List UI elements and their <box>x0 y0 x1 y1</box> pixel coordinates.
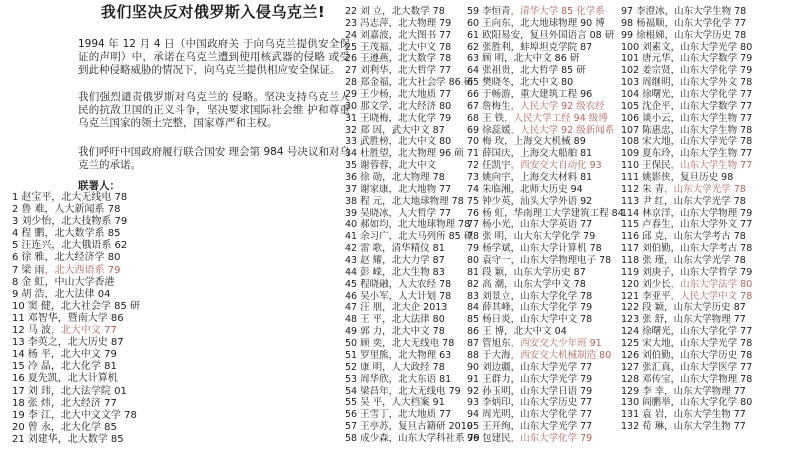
signer-name: 赵宝平 <box>21 192 51 203</box>
signer-affiliation: ，山东大学化学 77 <box>511 409 593 420</box>
signer-affiliation: ，北大中文 86 研 <box>504 53 579 64</box>
signer-entry: 39吴晓冰，人大哲学 77 <box>345 208 480 220</box>
signer-affiliation: ，北大地物 77 <box>389 184 452 195</box>
signer-affiliation: ，北大哲学 85 研 <box>511 65 586 76</box>
signer-number: 125 <box>621 338 639 349</box>
signer-affiliation: ，北大地球物理 90 博 <box>511 18 605 29</box>
signer-name: 徐蕊媛 <box>482 125 511 136</box>
signer-name: 夏东玲 <box>642 148 671 159</box>
signer-entry: 109夏东玲，山东大学生物 77 <box>621 148 752 160</box>
signer-number: 88 <box>467 350 479 361</box>
signer-entry: 28郑金福，北大社会学 86 研 <box>345 77 480 89</box>
signer-number: 17 <box>12 386 25 397</box>
signer-entry: 64张祖贵，北大哲学 85 研 <box>467 65 624 77</box>
signer-number: 129 <box>621 386 639 397</box>
signer-affiliation: ，北大法学院 01 <box>51 386 127 397</box>
signer-entry: 54梁昌年，北大无线电 79 <box>345 386 480 398</box>
signer-affiliation: ，汕头大学外语 92 <box>511 196 593 207</box>
signer-name: 郑金福 <box>360 77 389 88</box>
paragraph-appeal: 我们呼吁中国政府履行联合国安 理会第 984 号决议和对乌克兰的承诺。 <box>78 146 350 172</box>
signer-number: 30 <box>345 101 357 112</box>
signer-number: 122 <box>621 302 639 313</box>
signer-affiliation: ，人大政经 78 <box>382 362 445 373</box>
signer-affiliation: ，北大西语系 79 <box>45 265 121 276</box>
signer-entry: 65樊晓冬，北大中文 80 <box>467 77 624 89</box>
signer-affiliation: ，山东大学光学 77 <box>511 362 593 373</box>
signer-name: 程 元 <box>360 196 382 207</box>
signer-affiliation: ，北大中文 80 <box>511 77 574 88</box>
signer-number: 28 <box>345 77 357 88</box>
signer-entry: 123张 舒，山东大学物理 77 <box>621 314 752 326</box>
signer-entry: 29王少杨，北大地质 77 <box>345 89 480 101</box>
signer-entry: 4程 鹏，北大数学系 85 <box>12 228 140 240</box>
signer-number: 120 <box>621 279 639 290</box>
signer-number: 110 <box>621 160 639 171</box>
signer-number: 36 <box>345 172 357 183</box>
signer-entry: 47汪 朋，北大企 2013 <box>345 302 480 314</box>
signer-number: 112 <box>621 184 639 195</box>
signer-number: 83 <box>467 291 479 302</box>
signer-number: 22 <box>345 6 357 17</box>
signer-entry: 36徐 勋，北大物理 78 <box>345 172 480 184</box>
signer-name: 刘庚子 <box>642 267 671 278</box>
signer-number: 87 <box>467 338 479 349</box>
signer-entry: 32郑 因，武大中文 87 <box>345 125 480 137</box>
signer-number: 20 <box>12 422 25 433</box>
signer-affiliation: ，中山大学香港 <box>45 277 115 288</box>
signer-affiliation: ，复旦外国语言 08 研 <box>520 30 614 41</box>
signer-name: 王雪丁 <box>360 409 389 420</box>
signer-entry: 111姚影侠，复旦历史 98 <box>621 172 752 184</box>
signer-entry: 53周华欣，北大东语 81 <box>345 374 480 386</box>
signer-number: 79 <box>467 243 479 254</box>
signer-entry: 106谈小云，山东大学生物 77 <box>621 113 752 125</box>
signer-number: 4 <box>12 228 18 239</box>
signer-affiliation: ，北师大历史 94 <box>511 184 583 195</box>
signer-affiliation: ，山东大学物理 77 <box>664 386 746 397</box>
signer-name: 顾 奕 <box>360 338 382 349</box>
signer-entry: 81段 颖，山东大学历史 87 <box>467 267 624 279</box>
signer-name: 徐 勋 <box>360 172 382 183</box>
signer-name: 李炳印 <box>482 397 511 408</box>
signer-number: 33 <box>345 136 357 147</box>
signer-affiliation: ，北大数学 78 <box>389 53 452 64</box>
signer-affiliation: ，山东大学外文 78 <box>671 77 753 88</box>
signer-name: 王 铁 <box>482 113 504 124</box>
signers-label: 联署人： <box>78 178 120 193</box>
signer-affiliation: ，人大计划 78 <box>389 291 452 302</box>
signer-name: 王 平 <box>360 314 382 325</box>
signer-entry: 82高 潮，山东大学中文 78 <box>467 279 624 291</box>
signer-name: 冯志萍 <box>360 18 389 29</box>
signer-affiliation: ，人民大学中文 78 <box>671 291 753 302</box>
signer-number: 35 <box>345 160 357 171</box>
signer-number: 85 <box>467 314 479 325</box>
signer-entry: 74朱临湘，北师大历史 94 <box>467 184 624 196</box>
signer-number: 127 <box>621 362 639 373</box>
signer-affiliation: ，北大社会学 85 研 <box>51 301 140 312</box>
signer-affiliation: ，山东大学医学 77 <box>671 362 753 373</box>
signer-name: 宋大地 <box>642 338 671 349</box>
signer-name: 李 幸 <box>642 386 664 397</box>
signer-entry: 117刘伯勤，山东大学考古 78 <box>621 243 752 255</box>
signer-name: 唐元华 <box>642 53 671 64</box>
signer-entry: 107陈惠忠，山东大学生物 78 <box>621 125 752 137</box>
signer-entry: 44彭 嵘，北大生物 83 <box>345 267 480 279</box>
signer-name: 谢蓉蓉 <box>360 160 389 171</box>
signer-entry: 5汪连兴，北大俄语系 62 <box>12 240 140 252</box>
signer-number: 113 <box>621 196 639 207</box>
signer-entry: 2鲁 难，人大新闻系 78 <box>12 204 140 216</box>
signer-affiliation: ，山东大学化学 80 <box>671 397 753 408</box>
signer-name: 王晓梅 <box>360 113 389 124</box>
signer-number: 6 <box>12 252 18 263</box>
signer-affiliation: ，山东大学计算机 78 <box>511 243 602 254</box>
signer-affiliation: ，北大无线电 78 <box>51 192 127 203</box>
signer-number: 21 <box>12 434 25 445</box>
signer-name: 梅 玫 <box>482 136 504 147</box>
signer-affiliation: ，山东大学数学 77 <box>671 101 753 112</box>
signer-affiliation: ，北大中文 78 <box>382 326 445 337</box>
signer-entry: 120刘少长，山东大学法学 80 <box>621 279 752 291</box>
signer-name: 康 明 <box>360 362 382 373</box>
signer-entry: 52康 明，人大政经 78 <box>345 362 480 374</box>
signer-affiliation: ，北大物理 63 <box>389 350 452 361</box>
signer-number: 91 <box>467 374 479 385</box>
signer-number: 12 <box>12 325 25 336</box>
signer-name: 罗里熊 <box>360 350 389 361</box>
paragraph-security-assurance: 1994 年 12 月 4 日（中国政府关 于向乌克兰提供安全保证的声明）中，承… <box>78 38 350 78</box>
signer-entry: 15冷 晶，北大化学 81 <box>12 361 140 373</box>
signer-affiliation: ，北大中文 79 <box>51 349 117 360</box>
signer-number: 10 <box>12 301 25 312</box>
signer-affiliation: ，山东大学数学 79 <box>671 53 753 64</box>
signer-name: 王茂福 <box>360 42 389 53</box>
signer-number: 72 <box>467 160 479 171</box>
signer-number: 64 <box>467 65 479 76</box>
signer-entry: 91王群力，山东大学光学 79 <box>467 374 624 386</box>
signer-entry: 97李澄冰，山东大学生物 78 <box>621 6 752 18</box>
signer-affiliation: ，北大中文 04 <box>504 326 567 337</box>
signer-entry: 63顾 明，北大中文 86 研 <box>467 53 624 65</box>
signer-entry: 3刘少怡，北大技物系 79 <box>12 216 140 228</box>
signer-affiliation: ，山东大学生物 78 <box>665 6 747 17</box>
signer-number: 32 <box>345 125 357 136</box>
signer-number: 128 <box>621 374 639 385</box>
signer-name: 徐根娣 <box>636 30 665 41</box>
signer-affiliation: ，蚌埠坦克学院 87 <box>511 42 593 53</box>
signer-name: 郑 因 <box>360 125 382 136</box>
signer-entry: 99徐根娣，山东大学历史 78 <box>621 30 752 42</box>
signer-entry: 18张 炜，北大经济 77 <box>12 398 140 410</box>
signer-name: 孙玉明 <box>482 386 511 397</box>
signer-entry: 72任凯宇，西安交大自动化 93 <box>467 160 624 172</box>
signer-entry: 102姜宗贤，山东大学化学 79 <box>621 65 752 77</box>
signer-name: 荀 琳 <box>642 421 664 432</box>
signer-affiliation: ，北大物理 96 硕 <box>389 148 464 159</box>
signer-affiliation: ，北大东语 81 <box>389 374 452 385</box>
signer-affiliation: ，北大哲学 77 <box>389 65 452 76</box>
signer-entry: 116邱 克，山东大学考古 78 <box>621 231 752 243</box>
signer-name: 王 博 <box>482 326 504 337</box>
signer-number: 104 <box>621 89 639 100</box>
signer-number: 49 <box>345 326 357 337</box>
signer-name: 刘伯勤 <box>642 243 671 254</box>
signer-entry: 94周光明，山东大学化学 77 <box>467 409 624 421</box>
signer-affiliation: ，山东大学考古 78 <box>671 243 753 254</box>
signer-affiliation: ，上海交大船舶 81 <box>511 148 593 159</box>
signer-number: 5 <box>12 240 18 251</box>
signer-entry: 50顾 奕，北大无线电 78 <box>345 338 480 350</box>
signer-number: 29 <box>345 89 357 100</box>
signer-entry: 35谢蓉蓉，北大中文 <box>345 160 480 172</box>
signer-entry: 90刘边疆，山东大学光学 77 <box>467 362 624 374</box>
signer-name: 任凯宇 <box>482 160 511 171</box>
signer-entry: 46吴小军，人大计划 78 <box>345 291 480 303</box>
signer-name: 李澄冰 <box>636 6 665 17</box>
signer-entry: 76杨 虹，华南理工大学建筑工程 84 <box>467 208 624 220</box>
signer-entry: 38程 元，北大地球物理 78 <box>345 196 480 208</box>
signer-number: 78 <box>467 231 479 242</box>
signer-number: 47 <box>345 302 357 313</box>
signer-affiliation: ，山东大学生物 77 <box>671 160 753 171</box>
signer-number: 100 <box>621 42 639 53</box>
signer-number: 123 <box>621 314 639 325</box>
signer-affiliation: ，山东大学考古 78 <box>664 231 746 242</box>
signer-entry: 59李恒青，清华大学 85 化学系 <box>467 6 624 18</box>
signer-entry: 71薛国庆，上海交大船舶 81 <box>467 148 624 160</box>
signer-name: 梁昌年 <box>360 386 389 397</box>
signer-affiliation: ，山东大学化学 77 <box>671 89 753 100</box>
signer-number: 38 <box>345 196 357 207</box>
signer-number: 39 <box>345 208 357 219</box>
signer-entry: 127张汇真，山东大学医学 77 <box>621 362 752 374</box>
signer-name: 郝如均 <box>360 219 389 230</box>
signer-name: 汪连兴 <box>21 240 51 251</box>
signer-number: 51 <box>345 350 357 361</box>
signer-number: 108 <box>621 136 639 147</box>
signer-number: 34 <box>345 148 357 159</box>
signer-number: 124 <box>621 326 639 337</box>
signer-name: 刘建华 <box>28 434 58 445</box>
signer-number: 37 <box>345 184 357 195</box>
signer-name: 段 颖 <box>642 302 664 313</box>
signer-entry: 110王保民，山东大学生物 77 <box>621 160 752 172</box>
signer-affiliation: ，北大无线电 78 <box>382 338 454 349</box>
signer-entry: 108宋大地，山东大学光学 78 <box>621 136 752 148</box>
signer-affiliation: ，山东大学物理 79 <box>671 208 753 219</box>
signer-affiliation: ，山东大学光学 78 <box>664 196 746 207</box>
signer-number: 55 <box>345 397 357 408</box>
signer-name: 卢春生 <box>642 219 671 230</box>
signer-name: 阎鹏举 <box>642 397 671 408</box>
signer-name: 那文学 <box>360 101 389 112</box>
signer-affiliation: ，上海交大机械 89 <box>504 136 586 147</box>
signer-name: 张 炜 <box>28 398 51 409</box>
signer-entry: 83刘景立，山东大学化学 78 <box>467 291 624 303</box>
signer-name: 王亭苏 <box>360 421 389 432</box>
signer-number: 60 <box>467 18 479 29</box>
signer-name: 杨 平 <box>28 349 51 360</box>
signer-affiliation: ，山东大学光学 78 <box>671 338 753 349</box>
signer-affiliation: ，北大马列所 85 硕 <box>389 231 474 242</box>
signer-number: 31 <box>345 113 357 124</box>
signer-name: 王群力 <box>482 374 511 385</box>
signer-entry: 48王 平，北大法律 80 <box>345 314 480 326</box>
signer-entry: 56王雪丁，北大地质 77 <box>345 409 480 421</box>
signer-name: 徐 雅 <box>21 252 44 263</box>
signer-number: 105 <box>621 101 639 112</box>
signer-affiliation: ，山东大学化学 78 <box>511 291 593 302</box>
signer-entry: 87管旭东，西安交大少年班 91 <box>467 338 624 350</box>
signer-affiliation: ，北大中文 80 <box>389 136 452 147</box>
signer-column-4: 97李澄冰，山东大学生物 7898杨福顺，山东大学化学 7799徐根娣，山东大学… <box>621 6 752 433</box>
signer-name: 詹梅生 <box>482 101 511 112</box>
signer-affiliation: ，山东大学历史 78 <box>671 350 753 361</box>
signer-affiliation: ，北大地质 77 <box>389 409 452 420</box>
signer-entry: 23冯志萍，北大物理 79 <box>345 18 480 30</box>
signer-name: 刘少怡 <box>21 216 51 227</box>
signer-affiliation: ，北大地质 77 <box>389 89 452 100</box>
signer-number: 114 <box>621 208 639 219</box>
signer-name: 刘伯勤 <box>642 350 671 361</box>
signer-number: 101 <box>621 53 639 64</box>
signer-name: 刘景立 <box>482 291 511 302</box>
signer-entry: 21刘建华，北大数学 85 <box>12 434 140 446</box>
signer-name: 张汇真 <box>642 362 671 373</box>
signer-affiliation: ，北大地球物理 78 <box>389 219 471 230</box>
signer-name: 欧阳易安 <box>482 30 520 41</box>
signer-name: 谈小云 <box>642 113 671 124</box>
signer-affiliation: ，北大地球物理 78 <box>382 196 464 207</box>
signer-name: 于大海 <box>482 350 511 361</box>
signer-name: 顾 明 <box>482 53 504 64</box>
signer-name: 沈企平 <box>642 101 671 112</box>
signer-entry: 125宋大地，山东大学光学 78 <box>621 338 752 350</box>
signer-entry: 43赵 耀，北大力学 87 <box>345 255 480 267</box>
petition-document: 我们坚决反对俄罗斯入侵乌克兰! 1994 年 12 月 4 日（中国政府关 于向… <box>0 0 800 450</box>
signer-name: 袁 岩 <box>642 409 664 420</box>
signer-entry: 129李 幸，山东大学物理 77 <box>621 386 752 398</box>
signer-number: 44 <box>345 267 357 278</box>
signer-entry: 19李 江，北大中文文学 78 <box>12 410 140 422</box>
signer-affiliation: ，重大建筑工程 96 <box>511 89 593 100</box>
signer-entry: 10窦 健，北大社会学 85 研 <box>12 301 140 313</box>
signer-entry: 104徐曙光，山东大学化学 77 <box>621 89 752 101</box>
signer-name: 马 波 <box>28 325 51 336</box>
signer-name: 王保民 <box>642 160 671 171</box>
signer-number: 42 <box>345 243 357 254</box>
signer-affiliation: ，山东大学历史 87 <box>664 302 746 313</box>
signer-entry: 78张 明，山大东大学化学 79 <box>467 231 624 243</box>
signer-entry: 45程晓融，人大农经 78 <box>345 279 480 291</box>
document-title: 我们坚决反对俄罗斯入侵乌克兰! <box>76 1 350 22</box>
signer-affiliation: ，山东大学化学 79 <box>671 65 753 76</box>
signer-entry: 95王开绚，山东大学光学 77 <box>467 421 624 433</box>
signer-number: 68 <box>467 113 479 124</box>
signer-name: 姚影侠 <box>642 172 671 183</box>
signer-affiliation: ，山东大学生物 77 <box>664 409 746 420</box>
signer-affiliation: ，北大法律 04 <box>45 289 111 300</box>
signer-affiliation: ，人大新闻系 78 <box>45 204 121 215</box>
signer-name: 周继明 <box>642 77 671 88</box>
signer-number: 131 <box>621 409 639 420</box>
signer-number: 82 <box>467 279 479 290</box>
signer-entry: 118张 瑾，山东大学光学 78 <box>621 255 752 267</box>
signer-affiliation: ，山东大学中文 78 <box>504 279 586 290</box>
signer-entry: 61欧阳易安，复旦外国语言 08 研 <box>467 30 624 42</box>
signer-name: 曾 永 <box>28 422 51 433</box>
signer-number: 65 <box>467 77 479 88</box>
signer-entry: 115卢春生，山东大学外文 77 <box>621 219 752 231</box>
signer-entry: 77杨小光，山东大学英语 77 <box>467 219 624 231</box>
signer-entry: 14杨 平，北大中文 79 <box>12 349 140 361</box>
signer-number: 24 <box>345 30 357 41</box>
signer-affiliation: ，北大图书 77 <box>389 30 452 41</box>
signer-name: 邓智华 <box>28 313 58 324</box>
signer-name: 吴晓冰 <box>360 208 389 219</box>
signer-name: 王少杨 <box>360 89 389 100</box>
signer-entry: 30那文学，北大经济 80 <box>345 101 480 113</box>
signer-name: 王开绚 <box>482 421 511 432</box>
signer-entry: 80袁守一，山东大学物理电子 78 <box>467 255 624 267</box>
signer-name: 成少森 <box>360 433 389 444</box>
signer-affiliation: ，山东大学历史 78 <box>665 30 747 41</box>
signer-number: 54 <box>345 386 357 397</box>
signer-name: 刘边疆 <box>482 362 511 373</box>
signer-entry: 93李炳印，山东大学历史 77 <box>467 397 624 409</box>
signer-entry: 42雷 歌，清华精仪 81 <box>345 243 480 255</box>
signer-name: 赵 耀 <box>360 255 382 266</box>
signer-number: 93 <box>467 397 479 408</box>
signer-number: 107 <box>621 125 639 136</box>
signer-name: 段 颖 <box>482 267 504 278</box>
signer-number: 97 <box>621 6 633 17</box>
signer-entry: 105沈企平，山东大学数学 77 <box>621 101 752 113</box>
signer-entry: 60王向东，北大地球物理 90 博 <box>467 18 624 30</box>
signer-number: 84 <box>467 302 479 313</box>
signer-affiliation: ，北大化学 79 <box>389 113 452 124</box>
signer-name: 张 舒 <box>642 314 664 325</box>
signer-affiliation: ，人大哲学 77 <box>389 208 452 219</box>
signer-name: 金 虹 <box>21 277 44 288</box>
signer-entry: 26王遵燕，北大数学 78 <box>345 53 480 65</box>
signer-name: 杜胜望 <box>360 148 389 159</box>
signer-entry: 69徐蕊媛，人民大学 92 级新闻系 <box>467 125 624 137</box>
signer-affiliation: ，暨南大学 86 <box>58 313 124 324</box>
signer-name: 胡 浩 <box>21 289 44 300</box>
signer-entry: 33武胜榜，北大中文 80 <box>345 136 480 148</box>
signer-name: 彭 嵘 <box>360 267 382 278</box>
signer-affiliation: ，北大数学 85 <box>58 434 124 445</box>
signer-affiliation: ，人大档案 91 <box>382 397 445 408</box>
signer-name: 杨学斌 <box>482 243 511 254</box>
signer-name: 杨 虹 <box>482 208 504 219</box>
signer-entry: 96包建民，山东大学化学 79 <box>467 433 624 445</box>
signer-affiliation: ，北大经济 80 <box>389 101 452 112</box>
signer-entry: 25王茂福，北大中文 78 <box>345 42 480 54</box>
signer-name: 程 鹏 <box>21 228 44 239</box>
signer-name: 窦 健 <box>28 301 51 312</box>
signer-number: 130 <box>621 397 639 408</box>
signer-entry: 22刘 立，北大数学 78 <box>345 6 480 18</box>
signer-affiliation: ，山东大学物理 77 <box>664 314 746 325</box>
signer-name: 袁守一 <box>482 255 511 266</box>
signer-number: 103 <box>621 77 639 88</box>
signer-entry: 8金 虹，中山大学香港 <box>12 277 140 289</box>
signer-entry: 70梅 玫，上海交大机械 89 <box>467 136 624 148</box>
signer-name: 张胜利 <box>482 42 511 53</box>
